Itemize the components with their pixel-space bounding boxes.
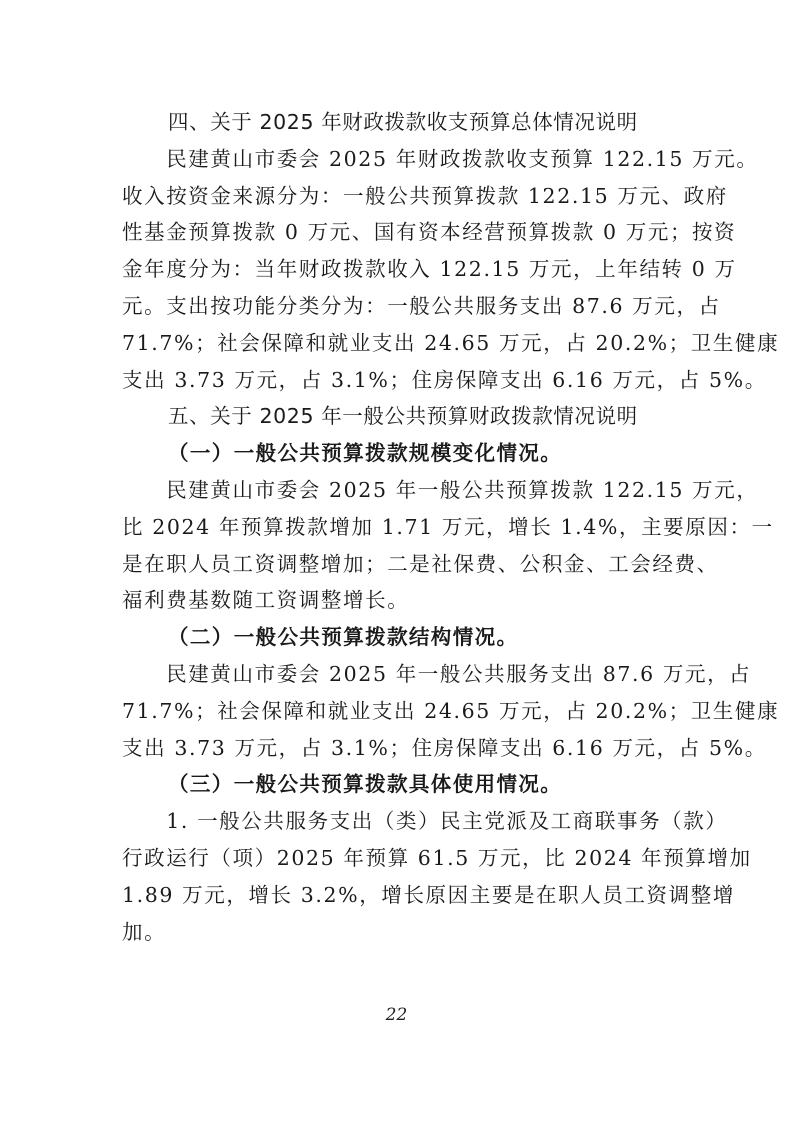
text-line: 71.7%；社会保障和就业支出 24.65 万元，占 20.2%；卫生健康 xyxy=(122,325,692,362)
section-heading-4: 四、关于 2025 年财政拨款收支预算总体情况说明 xyxy=(122,104,692,141)
text-line: 金年度分为：当年财政拨款收入 122.15 万元，上年结转 0 万 xyxy=(122,251,692,288)
text-line: 支出 3.73 万元，占 3.1%；住房保障支出 6.16 万元，占 5%。 xyxy=(122,362,692,399)
subsection-heading-5-3: （三）一般公共预算拨款具体使用情况。 xyxy=(122,766,692,803)
document-page: 四、关于 2025 年财政拨款收支预算总体情况说明 民建黄山市委会 2025 年… xyxy=(122,104,692,950)
text-line: 福利费基数随工资调整增长。 xyxy=(122,582,692,619)
section-heading-5: 五、关于 2025 年一般公共预算财政拨款情况说明 xyxy=(122,398,692,435)
text-line: 性基金预算拨款 0 万元、国有资本经营预算拨款 0 万元；按资 xyxy=(122,214,692,251)
text-line: 1.89 万元，增长 3.2%，增长原因主要是在职人员工资调整增 xyxy=(122,877,692,914)
subsection-5-3-paragraph: 1. 一般公共服务支出（类）民主党派及工商联事务（款） 行政运行（项）2025 … xyxy=(122,803,692,950)
text-line: 比 2024 年预算拨款增加 1.71 万元，增长 1.4%，主要原因：一 xyxy=(122,509,692,546)
section-4-paragraph: 民建黄山市委会 2025 年财政拨款收支预算 122.15 万元。 收入按资金来… xyxy=(122,141,692,399)
text-line: 是在职人员工资调整增加；二是社保费、公积金、工会经费、 xyxy=(122,546,692,583)
subsection-heading-5-1: （一）一般公共预算拨款规模变化情况。 xyxy=(122,435,692,472)
text-line: 元。支出按功能分类分为：一般公共服务支出 87.6 万元，占 xyxy=(122,288,692,325)
text-line: 支出 3.73 万元，占 3.1%；住房保障支出 6.16 万元，占 5%。 xyxy=(122,730,692,767)
subsection-5-1-paragraph: 民建黄山市委会 2025 年一般公共预算拨款 122.15 万元， 比 2024… xyxy=(122,472,692,619)
text-line: 行政运行（项）2025 年预算 61.5 万元，比 2024 年预算增加 xyxy=(122,840,692,877)
text-line: 民建黄山市委会 2025 年一般公共预算拨款 122.15 万元， xyxy=(122,472,692,509)
page-number: 22 xyxy=(0,1005,793,1025)
subsection-5-2-paragraph: 民建黄山市委会 2025 年一般公共服务支出 87.6 万元，占 71.7%；社… xyxy=(122,656,692,766)
subsection-heading-5-2: （二）一般公共预算拨款结构情况。 xyxy=(122,619,692,656)
text-line: 71.7%；社会保障和就业支出 24.65 万元，占 20.2%；卫生健康 xyxy=(122,693,692,730)
text-line: 加。 xyxy=(122,914,692,951)
text-line: 民建黄山市委会 2025 年财政拨款收支预算 122.15 万元。 xyxy=(122,141,692,178)
text-line: 民建黄山市委会 2025 年一般公共服务支出 87.6 万元，占 xyxy=(122,656,692,693)
text-line: 收入按资金来源分为：一般公共预算拨款 122.15 万元、政府 xyxy=(122,178,692,215)
text-line: 1. 一般公共服务支出（类）民主党派及工商联事务（款） xyxy=(122,803,692,840)
